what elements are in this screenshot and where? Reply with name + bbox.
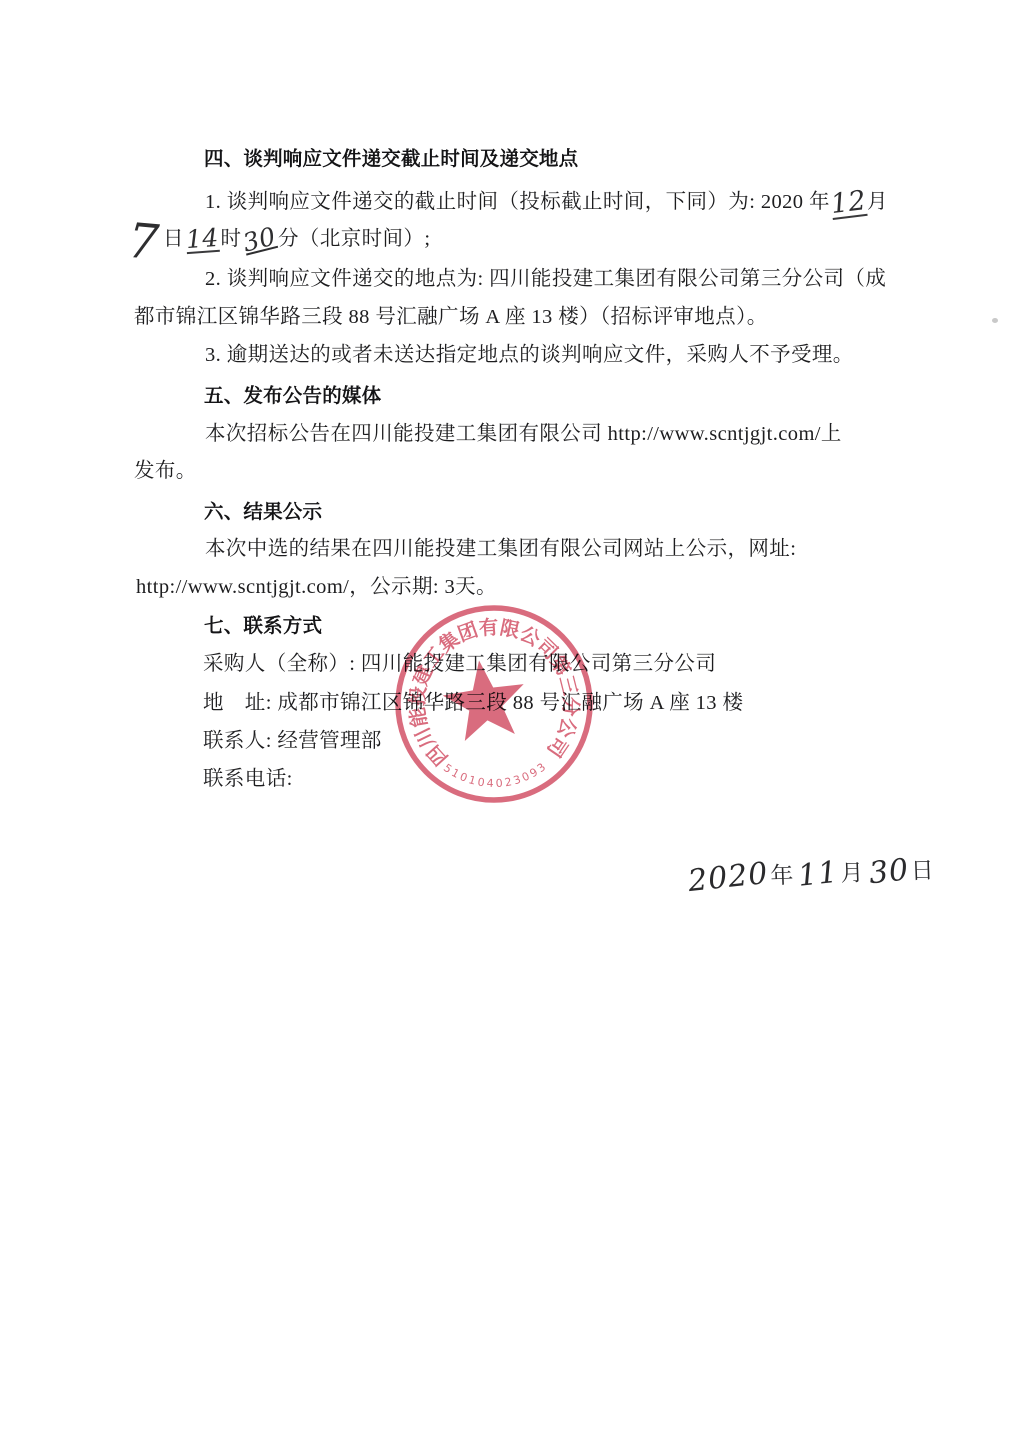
year-unit-label: 年 bbox=[770, 857, 794, 891]
day-unit-label-date: 日 bbox=[910, 852, 934, 886]
handwritten-month-number: 11 bbox=[797, 855, 841, 894]
section6-heading: 六、结果公示 bbox=[204, 500, 322, 524]
handwritten-day-annotation: 7 bbox=[126, 217, 161, 268]
handwritten-day-number: 30 bbox=[867, 852, 911, 891]
section4-item3: 3. 逾期送达的或者未送达指定地点的谈判响应文件，采购人不予受理。 bbox=[205, 343, 854, 369]
section5-heading: 五、发布公告的媒体 bbox=[204, 384, 381, 408]
handwritten-minute-annotation: 30 bbox=[241, 223, 279, 255]
beijing-time-note: （北京时间）; bbox=[299, 228, 431, 250]
handwritten-hour-annotation: 14 bbox=[185, 225, 219, 254]
section4-item1-line1: 1. 谈判响应文件递交的截止时间（投标截止时间，下同）为: 2020 年12月 bbox=[205, 189, 888, 218]
month-unit-label-date: 月 bbox=[840, 854, 864, 888]
contact-phone-line: 联系电话: bbox=[203, 767, 293, 793]
month-unit-label: 月 bbox=[867, 191, 888, 213]
scan-artifact-speck bbox=[992, 318, 998, 323]
section4-item1-line2: 7日14时30分（北京时间）; bbox=[128, 226, 430, 266]
section6-line1: 本次中选的结果在四川能投建工集团有限公司网站上公示，网址: bbox=[205, 537, 796, 563]
scanned-document-page: 四、谈判响应文件递交截止时间及递交地点 1. 谈判响应文件递交的截止时间（投标截… bbox=[0, 0, 1027, 1452]
handwritten-year: 2020 bbox=[686, 856, 770, 899]
day-unit-label: 日 bbox=[163, 228, 184, 250]
handwritten-signature-date: 2020年11月30日 bbox=[687, 852, 939, 897]
section4-item2-line2: 都市锦江区锦华路三段 88 号汇融广场 A 座 13 楼）（招标评审地点）。 bbox=[134, 305, 768, 331]
item1-printed-text: 1. 谈判响应文件递交的截止时间（投标截止时间，下同）为: 2020 年 bbox=[205, 191, 830, 213]
section5-line2: 发布。 bbox=[134, 459, 197, 485]
section4-item2-line1: 2. 谈判响应文件递交的地点为: 四川能投建工集团有限公司第三分公司（成 bbox=[205, 267, 886, 293]
official-seal-stamp: 四川能投建工集团有限公司第三分公司 5101040230932 bbox=[392, 597, 596, 811]
section5-line1: 本次招标公告在四川能投建工集团有限公司 http://www.scntjgjt.… bbox=[205, 422, 842, 448]
section7-heading: 七、联系方式 bbox=[204, 614, 322, 638]
contact-person-line: 联系人: 经营管理部 bbox=[203, 729, 382, 755]
hour-unit-label: 时 bbox=[220, 228, 241, 250]
minute-unit-label: 分 bbox=[278, 228, 299, 250]
handwritten-month-annotation: 12 bbox=[829, 187, 867, 220]
seal-star-icon bbox=[439, 655, 531, 743]
section4-heading: 四、谈判响应文件递交截止时间及递交地点 bbox=[204, 147, 578, 171]
